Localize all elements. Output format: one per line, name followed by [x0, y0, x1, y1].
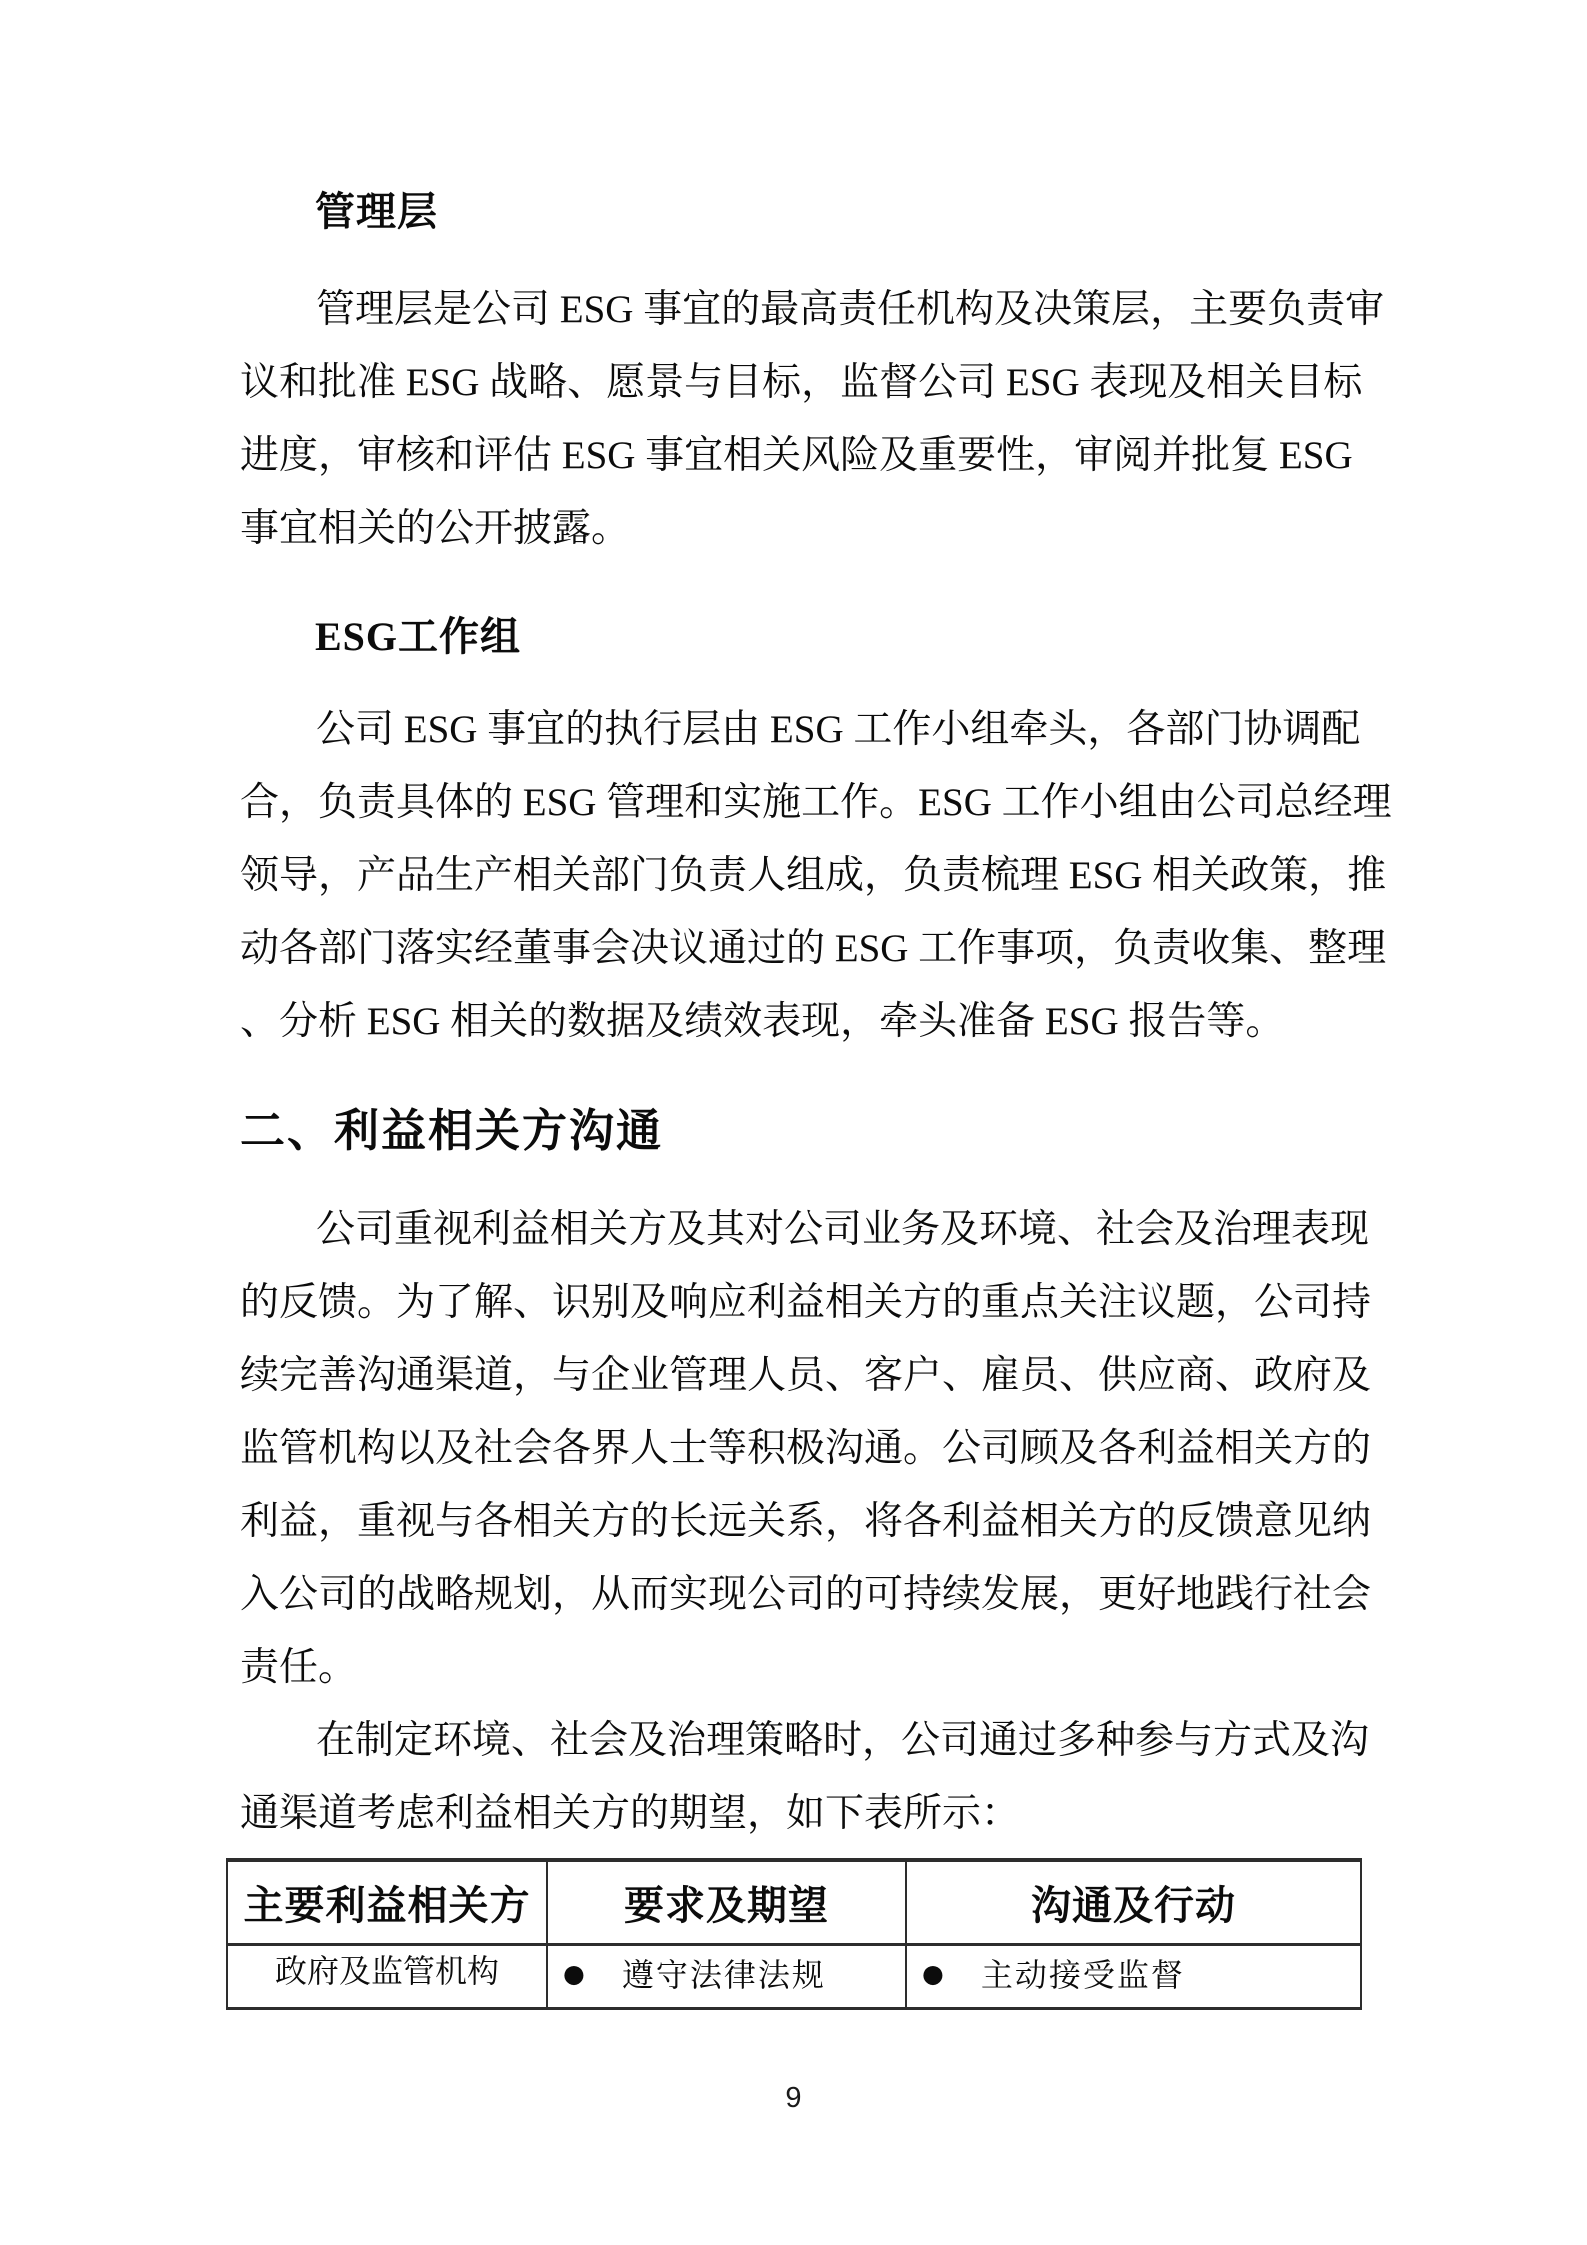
- bullet-icon: ●: [563, 1955, 585, 1993]
- body-line: 公司重视利益相关方及其对公司业务及环境、社会及治理表现: [240, 1193, 1344, 1266]
- body-line: 动各部门落实经董事会决议通过的 ESG 工作事项，负责收集、整理: [240, 912, 1344, 985]
- paragraph-esg-workgroup: 公司 ESG 事宜的执行层由 ESG 工作小组牵头，各部门协调配 合，负责具体的…: [240, 693, 1344, 1058]
- table-row: 政府及监管机构 ● 遵守法律法规 ● 主动接受监督: [227, 1945, 1361, 2009]
- document-page: 管理层 管理层是公司 ESG 事宜的最高责任机构及决策层，主要负责审 议和批准 …: [0, 0, 1587, 2245]
- body-line: 监管机构以及社会各界人士等积极沟通。公司顾及各利益相关方的: [240, 1412, 1344, 1485]
- body-line: 进度，审核和评估 ESG 事宜相关风险及重要性，审阅并批复 ESG: [240, 419, 1344, 492]
- body-line: 入公司的战略规划，从而实现公司的可持续发展，更好地践行社会: [240, 1558, 1344, 1631]
- body-line: 合，负责具体的 ESG 管理和实施工作。ESG 工作小组由公司总经理: [240, 766, 1344, 839]
- bullet-icon: ●: [922, 1955, 944, 1993]
- body-line: 责任。: [240, 1631, 1344, 1704]
- body-line: 通渠道考虑利益相关方的期望，如下表所示：: [240, 1777, 1344, 1850]
- body-line: 利益，重视与各相关方的长远关系，将各利益相关方的反馈意见纳: [240, 1485, 1344, 1558]
- subsection-heading-esg-workgroup: ESG工作组: [240, 613, 1419, 661]
- cell-expectation-text: 遵守法律法规: [622, 1955, 826, 1995]
- cell-expectation: ● 遵守法律法规: [547, 1945, 906, 2009]
- paragraph-stakeholder-2: 在制定环境、社会及治理策略时，公司通过多种参与方式及沟 通渠道考虑利益相关方的期…: [240, 1704, 1344, 1850]
- body-line: 、分析 ESG 相关的数据及绩效表现，牵头准备 ESG 报告等。: [240, 985, 1344, 1058]
- cell-stakeholder: 政府及监管机构: [227, 1945, 547, 2009]
- body-line: 议和批准 ESG 战略、愿景与目标，监督公司 ESG 表现及相关目标: [240, 346, 1344, 419]
- body-line: 的反馈。为了解、识别及响应利益相关方的重点关注议题，公司持: [240, 1266, 1344, 1339]
- body-line: 领导，产品生产相关部门负责人组成，负责梳理 ESG 相关政策，推: [240, 839, 1344, 912]
- page-number: 9: [0, 2082, 1587, 2115]
- stakeholder-table: 主要利益相关方 要求及期望 沟通及行动 政府及监管机构 ● 遵守法律法规 ● 主…: [226, 1858, 1362, 2010]
- table-header-row: 主要利益相关方 要求及期望 沟通及行动: [227, 1860, 1361, 1945]
- body-line: 公司 ESG 事宜的执行层由 ESG 工作小组牵头，各部门协调配: [240, 693, 1344, 766]
- paragraph-management: 管理层是公司 ESG 事宜的最高责任机构及决策层，主要负责审 议和批准 ESG …: [240, 273, 1344, 565]
- subsection-heading-management: 管理层: [240, 188, 1419, 236]
- cell-action: ● 主动接受监督: [906, 1945, 1361, 2009]
- body-line: 在制定环境、社会及治理策略时，公司通过多种参与方式及沟: [240, 1704, 1344, 1777]
- table-header-expectation: 要求及期望: [547, 1860, 906, 1945]
- body-line: 续完善沟通渠道，与企业管理人员、客户、雇员、供应商、政府及: [240, 1339, 1344, 1412]
- table-header-action: 沟通及行动: [906, 1860, 1361, 1945]
- paragraph-stakeholder-1: 公司重视利益相关方及其对公司业务及环境、社会及治理表现 的反馈。为了解、识别及响…: [240, 1193, 1344, 1704]
- body-line: 事宜相关的公开披露。: [240, 492, 1344, 565]
- cell-action-text: 主动接受监督: [981, 1955, 1185, 1995]
- body-line: 管理层是公司 ESG 事宜的最高责任机构及决策层，主要负责审: [240, 273, 1344, 346]
- table-header-stakeholder: 主要利益相关方: [227, 1860, 547, 1945]
- section-heading-stakeholder-communication: 二、利益相关方沟通: [240, 1104, 1344, 1158]
